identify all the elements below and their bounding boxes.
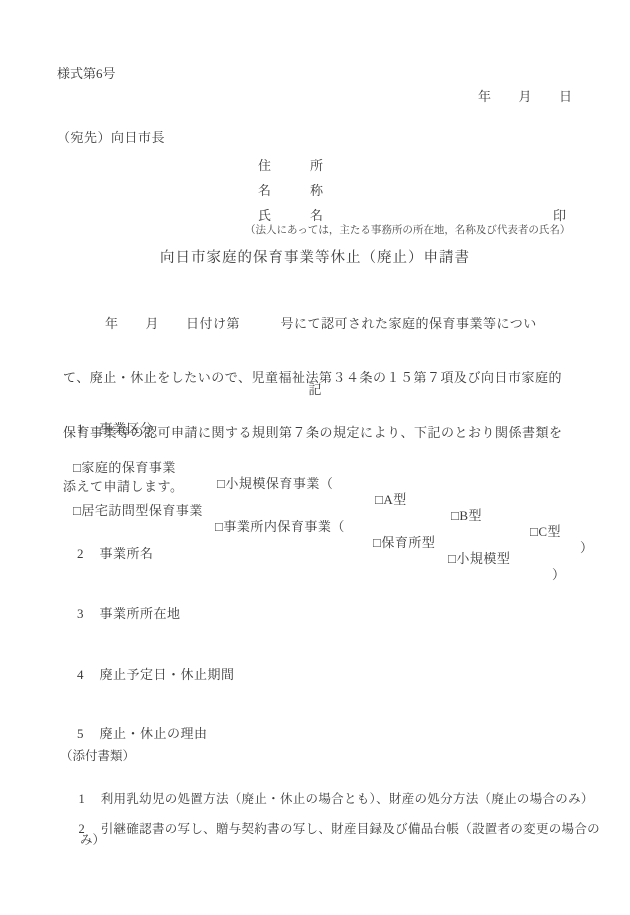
section-label: 事業区分 [100,421,154,436]
date-line: 年 月 日 [478,86,573,105]
checkbox-type-c: □C型 [530,521,561,540]
business-type-row-1: □家庭的保育事業 □小規模保育事業（ □A型 □B型 □C型 ） [0,441,630,459]
section-label: 事業所所在地 [100,606,181,621]
section-label: 廃止・休止の理由 [100,726,208,741]
section-office-location: 3事業所所在地 [64,587,181,638]
body-line: 年 月 日付け第 号にて認可された家庭的保育事業等につい [63,313,577,335]
close-paren: ） [580,537,594,556]
section-label: 事業所名 [100,546,154,561]
corporate-note: （法人にあっては，主たる事務所の所在地，名称及び代表者の氏名） [245,222,570,237]
checkbox-onsite-daycare: □事業所内保育事業（ [215,516,345,535]
form-number: 様式第6号 [57,63,116,82]
checkbox-nursery-type: □保育所型 [373,532,435,551]
section-number: 2 [77,546,84,562]
business-type-row-2: □居宅訪問型保育事業 □事業所内保育事業（ □保育所型 □小規模型 ） [0,484,630,502]
attachment-item-2: 2引継確認書の写し、贈与契約書の写し、財産目録及び備品台帳（設置者の変更の場合の [66,804,600,852]
checkbox-small-type: □小規模型 [448,548,510,567]
attachment-item-2-continuation: み） [80,830,105,848]
applicant-address-label: 住 所 [258,155,323,174]
record-mark: 記 [0,379,630,398]
document-title: 向日市家庭的保育事業等休止（廃止）申請書 [0,246,630,267]
checkbox-home-visit-daycare: □居宅訪問型保育事業 [73,500,203,519]
attachments-heading: （添付書類） [60,746,135,764]
section-abolition-date-suspension-period: 4廃止予定日・休止期間 [64,648,235,699]
section-number: 3 [77,606,84,622]
application-form-page: 様式第6号 年 月 日 （宛先）向日市長 住 所 名 称 氏 名 印 （法人にあ… [0,0,630,915]
checkbox-family-daycare: □家庭的保育事業 [73,457,176,476]
checkbox-type-b: □B型 [451,505,482,524]
section-number: 4 [77,667,84,683]
section-office-name: 2事業所名 [64,527,154,578]
section-number: 5 [77,726,84,742]
close-paren: ） [552,564,566,583]
applicant-org-name-label: 名 称 [258,180,323,199]
section-number: 1 [77,421,84,437]
addressee-line: （宛先）向日市長 [57,127,165,146]
section-label: 廃止予定日・休止期間 [100,667,235,682]
attachment-text: 引継確認書の写し、贈与契約書の写し、財産目録及び備品台帳（設置者の変更の場合の [101,822,600,836]
